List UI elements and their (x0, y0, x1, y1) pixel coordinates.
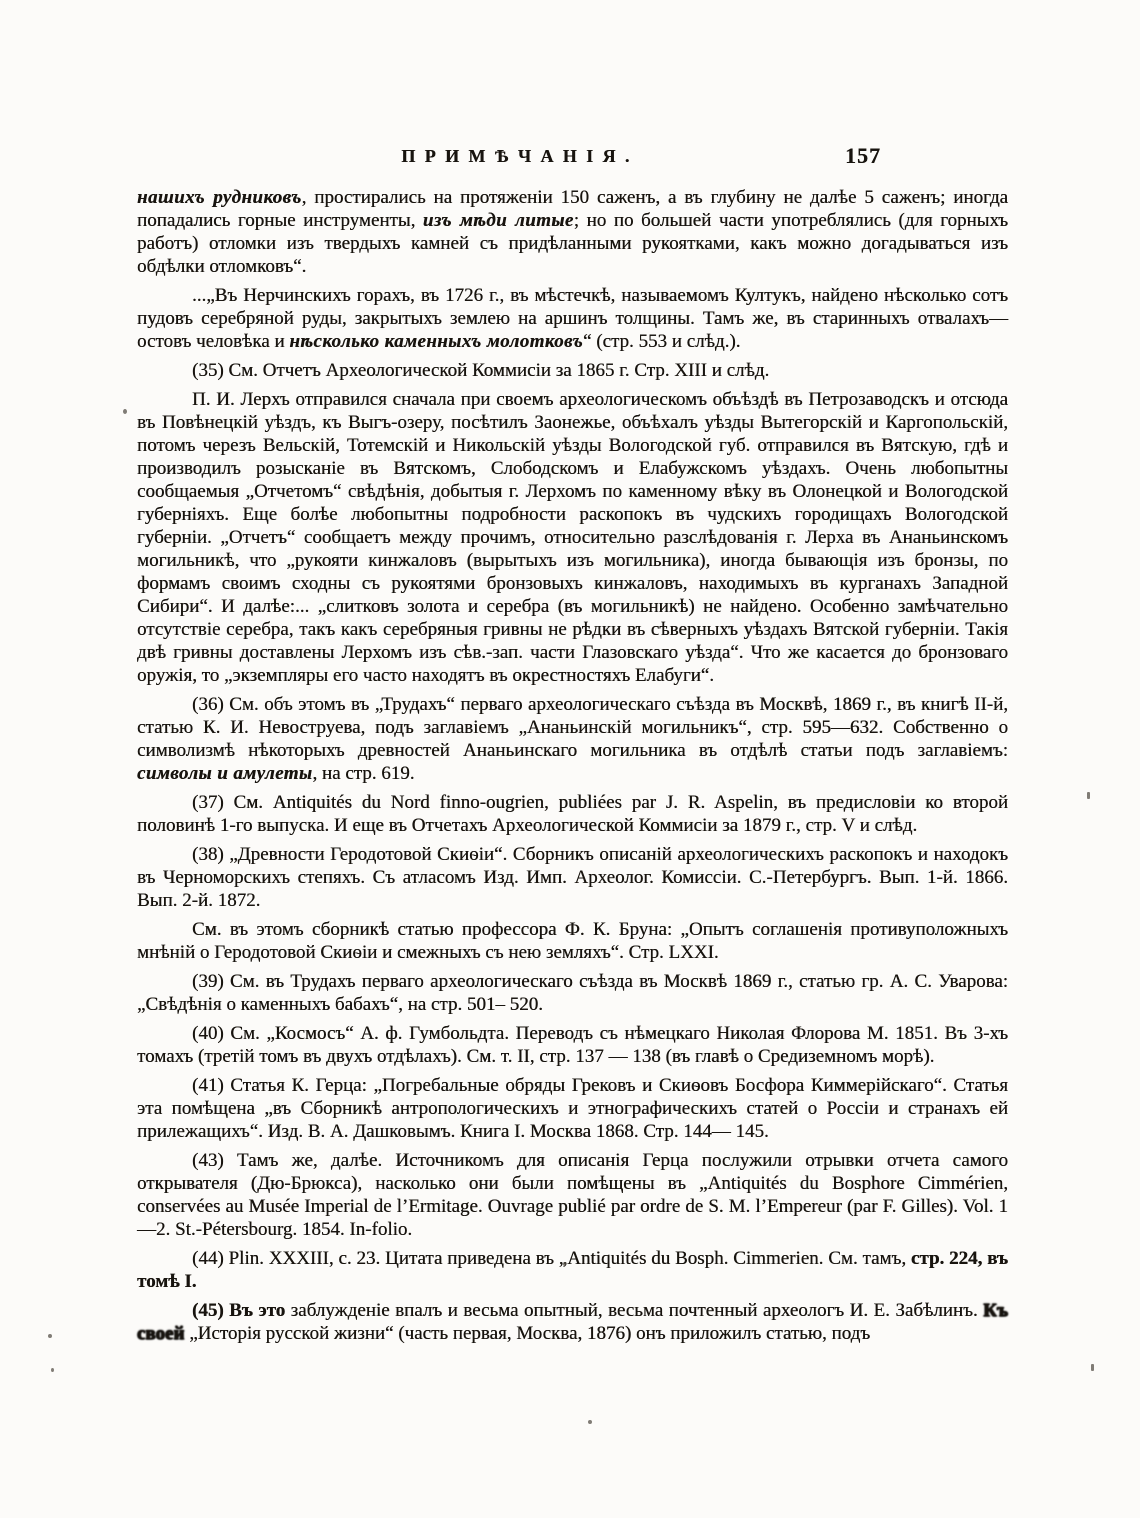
scan-speck (563, 1262, 566, 1266)
scan-speck (1091, 1364, 1094, 1371)
text-run: (40) См. „Космосъ“ А. ф. Гумбольдта. Пер… (137, 1023, 1008, 1067)
scan-speck (588, 1420, 592, 1424)
text-run: (41) Статья К. Герца: „Погребальные обря… (137, 1075, 1008, 1142)
text-run: (43) Тамъ же, далѣе. Источникомъ для опи… (137, 1150, 1008, 1240)
text-run: символы и амулеты (137, 763, 312, 784)
scan-speck (123, 409, 127, 414)
paragraph: (43) Тамъ же, далѣе. Источникомъ для опи… (137, 1149, 1008, 1241)
text-run: (37) См. Antiquités du Nord finno-ougrie… (137, 792, 1008, 836)
text-run: (38) „Древности Геродотовой Скиѳіи“. Сбо… (137, 844, 1008, 911)
page-number: 157 (845, 143, 881, 169)
paragraph: (35) См. Отчетъ Археологической Коммисіи… (137, 359, 1008, 382)
text-run: , на стр. 619. (312, 763, 414, 784)
scan-speck (51, 1368, 54, 1372)
text-run: (45) Въ это (192, 1300, 285, 1321)
paragraph: (45) Въ это заблужденіе впалъ и весьма о… (137, 1299, 1008, 1345)
paragraph: См. въ этомъ сборникѣ статью профессора … (137, 918, 1008, 964)
text-run: изъ мѣди литые (423, 210, 574, 231)
paragraph: (40) См. „Космосъ“ А. ф. Гумбольдта. Пер… (137, 1022, 1008, 1068)
text-run: заблужденіе впалъ и весьма опытный, весь… (285, 1300, 983, 1321)
text-run: “ (стр. 553 и слѣд.). (583, 331, 740, 352)
paragraph: (39) См. въ Трудахъ перваго археологичес… (137, 970, 1008, 1016)
paragraph: ...„Въ Нерчинскихъ горахъ, въ 1726 г., в… (137, 284, 1008, 353)
text-run: нашихъ рудниковъ (137, 187, 302, 208)
page-header: ПРИМѢЧАНІЯ. 157 (137, 146, 1008, 172)
running-title: ПРИМѢЧАНІЯ. (401, 146, 638, 167)
scan-speck (48, 1334, 52, 1338)
paragraph: (37) См. Antiquités du Nord finno-ougrie… (137, 791, 1008, 837)
paragraph: (38) „Древности Геродотовой Скиѳіи“. Сбо… (137, 843, 1008, 912)
paragraph: (41) Статья К. Герца: „Погребальные обря… (137, 1074, 1008, 1143)
text-run: (39) См. въ Трудахъ перваго археологичес… (137, 971, 1008, 1015)
text-run: „Исторія русской жизни“ (часть первая, М… (184, 1323, 870, 1344)
text-body: нашихъ рудниковъ, простирались на протяж… (137, 186, 1008, 1345)
text-run: (35) См. Отчетъ Археологической Коммисіи… (192, 360, 769, 381)
paragraph: (44) Plin. XXXIII, c. 23. Цитата приведе… (137, 1247, 1008, 1293)
book-page: ПРИМѢЧАНІЯ. 157 нашихъ рудниковъ, прости… (0, 0, 1140, 1518)
paragraph: П. И. Лерхъ отправился сначала при своем… (137, 388, 1008, 687)
paragraph: (36) См. объ этомъ въ „Трудахъ“ перваго … (137, 693, 1008, 785)
text-run: (44) Plin. XXXIII, c. 23. Цитата приведе… (192, 1248, 911, 1269)
text-run: См. въ этомъ сборникѣ статью профессора … (137, 919, 1008, 963)
text-run: П. И. Лерхъ отправился сначала при своем… (137, 389, 1008, 686)
text-run: нѣсколько каменныхъ молотковъ (289, 331, 583, 352)
text-run: (36) См. объ этомъ въ „Трудахъ“ перваго … (137, 694, 1008, 761)
scan-speck (1087, 792, 1090, 799)
paragraph: нашихъ рудниковъ, простирались на протяж… (137, 186, 1008, 278)
